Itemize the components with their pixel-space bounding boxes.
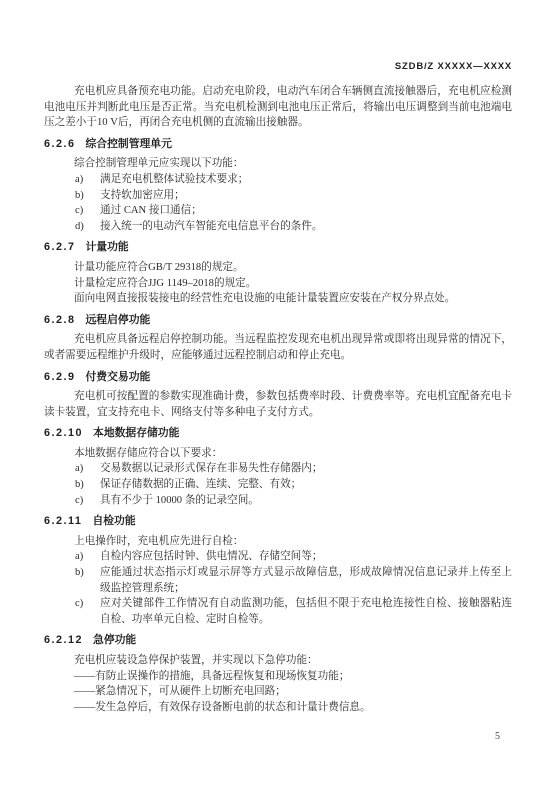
list-item: d)接入统一的电动汽车智能充电信息平台的条件。 xyxy=(44,219,512,235)
paragraph: 充电机应装设急停保护装置，并实现以下急停功能： xyxy=(44,653,512,669)
section-title: 远程启停功能 xyxy=(86,314,151,326)
alpha-list: a)交易数据以记录形式保存在非易失性存储器内；b)保证存储数据的正确、连续、完整… xyxy=(44,461,512,508)
list-item: a)交易数据以记录形式保存在非易失性存储器内； xyxy=(44,461,512,477)
list-item-text: 交易数据以记录形式保存在非易失性存储器内； xyxy=(100,463,322,474)
section-title: 综合控制管理单元 xyxy=(86,138,172,150)
list-item-marker: a) xyxy=(75,461,83,477)
list-item-marker: c) xyxy=(75,596,83,612)
list-item: c)应对关键部件工作情况有自动监测功能，包括但不限于充电枪连接性自检、接触器粘连… xyxy=(44,596,512,627)
list-item: c)具有不少于 10000 条的记录空间。 xyxy=(44,493,512,509)
paragraph: 充电机可按配置的参数实现准确计费，参数包括费率时段、计费费率等。充电机宜配备充电… xyxy=(44,389,512,420)
paragraph: 计量检定应符合JJG 1149–2018的规定。 xyxy=(44,276,512,292)
paragraph: 上电操作时，充电机应先进行自检： xyxy=(44,534,512,550)
section-6.2.12: 6.2.12急停功能充电机应装设急停保护装置，并实现以下急停功能：——有防止误操… xyxy=(44,633,512,715)
list-item-marker: b) xyxy=(75,565,84,581)
list-item-marker: c) xyxy=(75,493,83,509)
list-item-text: 接入统一的电动汽车智能充电信息平台的条件。 xyxy=(100,221,322,232)
list-item-text: 通过 CAN 接口通信； xyxy=(100,205,202,216)
list-item: a)满足充电机整体试验技术要求； xyxy=(44,172,512,188)
list-item-text: 自检内容应包括时钟、供电情况、存储空间等； xyxy=(100,551,322,562)
list-item-marker: d) xyxy=(75,219,84,235)
list-item: c)通过 CAN 接口通信； xyxy=(44,203,512,219)
dash-list-item: ——紧急情况下，可从硬件上切断充电回路； xyxy=(44,684,512,700)
standard-reference-header: SZDB/Z XXXXX—XXXX xyxy=(44,61,512,72)
section-number: 6.2.7 xyxy=(44,241,76,253)
list-item-marker: a) xyxy=(75,549,83,565)
list-item: b)应能通过状态指示灯或显示屏等方式显示故障信息，形成故障情况信息记录并上传至上… xyxy=(44,565,512,596)
section-number: 6.2.11 xyxy=(44,515,82,527)
section-heading: 6.2.6综合控制管理单元 xyxy=(44,137,512,153)
list-item-text: 具有不少于 10000 条的记录空间。 xyxy=(100,495,259,506)
list-item-text: 应对关键部件工作情况有自动监测功能，包括但不限于充电枪连接性自检、接触器粘连自检… xyxy=(100,598,512,625)
alpha-list: a)满足充电机整体试验技术要求；b)支持软加密应用；c)通过 CAN 接口通信；… xyxy=(44,172,512,234)
paragraph: 面向电网直接报装接电的经营性充电设施的电能计量装置应安装在产权分界点处。 xyxy=(44,291,512,307)
paragraph: 计量功能应符合GB/T 29318的规定。 xyxy=(44,260,512,276)
list-item-marker: c) xyxy=(75,203,83,219)
section-heading: 6.2.11自检功能 xyxy=(44,514,512,530)
list-item-marker: a) xyxy=(75,172,83,188)
list-item-marker: b) xyxy=(75,477,84,493)
section-number: 6.2.12 xyxy=(44,634,83,646)
section-number: 6.2.6 xyxy=(44,138,76,150)
section-6.2.6: 6.2.6综合控制管理单元综合控制管理单元应实现以下功能：a)满足充电机整体试验… xyxy=(44,137,512,235)
section-title: 急停功能 xyxy=(93,634,136,646)
section-title: 计量功能 xyxy=(86,241,129,253)
section-title: 付费交易功能 xyxy=(86,371,151,383)
paragraph: 综合控制管理单元应实现以下功能： xyxy=(44,156,512,172)
section-heading: 6.2.8远程启停功能 xyxy=(44,313,512,329)
alpha-list: a)自检内容应包括时钟、供电情况、存储空间等；b)应能通过状态指示灯或显示屏等方… xyxy=(44,549,512,627)
section-number: 6.2.8 xyxy=(44,314,76,326)
list-item-text: 保证存储数据的正确、连续、完整、有效； xyxy=(100,479,301,490)
page-number: 5 xyxy=(495,731,500,742)
section-6.2.7: 6.2.7计量功能计量功能应符合GB/T 29318的规定。计量检定应符合JJG… xyxy=(44,240,512,306)
section-heading: 6.2.12急停功能 xyxy=(44,633,512,649)
list-item: b)支持软加密应用； xyxy=(44,188,512,204)
lead-paragraph: 充电机应具备预充电功能。启动充电阶段，电动汽车闭合车辆侧直流接触器后，充电机应检… xyxy=(44,84,512,131)
list-item: b)保证存储数据的正确、连续、完整、有效； xyxy=(44,477,512,493)
section-title: 本地数据存储功能 xyxy=(93,427,179,439)
list-item: a)自检内容应包括时钟、供电情况、存储空间等； xyxy=(44,549,512,565)
section-6.2.8: 6.2.8远程启停功能充电机应具备远程启停控制功能。当远程监控发现充电机出现异常… xyxy=(44,313,512,364)
section-6.2.11: 6.2.11自检功能上电操作时，充电机应先进行自检：a)自检内容应包括时钟、供电… xyxy=(44,514,512,627)
dash-list-item: ——发生急停后，有效保存设备断电前的状态和计量计费信息。 xyxy=(44,700,512,716)
list-item-marker: b) xyxy=(75,188,84,204)
section-heading: 6.2.7计量功能 xyxy=(44,240,512,256)
section-number: 6.2.9 xyxy=(44,371,76,383)
section-heading: 6.2.9付费交易功能 xyxy=(44,370,512,386)
list-item-text: 应能通过状态指示灯或显示屏等方式显示故障信息，形成故障情况信息记录并上传至上级监… xyxy=(100,567,512,594)
paragraph: 本地数据存储应符合以下要求： xyxy=(44,446,512,462)
dash-list-item: ——有防止误操作的措施，具备远程恢复和现场恢复功能； xyxy=(44,669,512,685)
section-title: 自检功能 xyxy=(92,515,135,527)
document-sections: 6.2.6综合控制管理单元综合控制管理单元应实现以下功能：a)满足充电机整体试验… xyxy=(44,137,512,716)
paragraph: 充电机应具备远程启停控制功能。当远程监控发现充电机出现异常或即将出现异常的情况下… xyxy=(44,332,512,363)
section-6.2.10: 6.2.10本地数据存储功能本地数据存储应符合以下要求：a)交易数据以记录形式保… xyxy=(44,426,512,508)
document-body: 充电机应具备预充电功能。启动充电阶段，电动汽车闭合车辆侧直流接触器后，充电机应检… xyxy=(44,84,512,715)
list-item-text: 满足充电机整体试验技术要求； xyxy=(100,174,248,185)
section-6.2.9: 6.2.9付费交易功能充电机可按配置的参数实现准确计费，参数包括费率时段、计费费… xyxy=(44,370,512,421)
section-heading: 6.2.10本地数据存储功能 xyxy=(44,426,512,442)
section-number: 6.2.10 xyxy=(44,427,83,439)
document-page: SZDB/Z XXXXX—XXXX 充电机应具备预充电功能。启动充电阶段，电动汽… xyxy=(0,0,560,792)
list-item-text: 支持软加密应用； xyxy=(100,190,185,201)
